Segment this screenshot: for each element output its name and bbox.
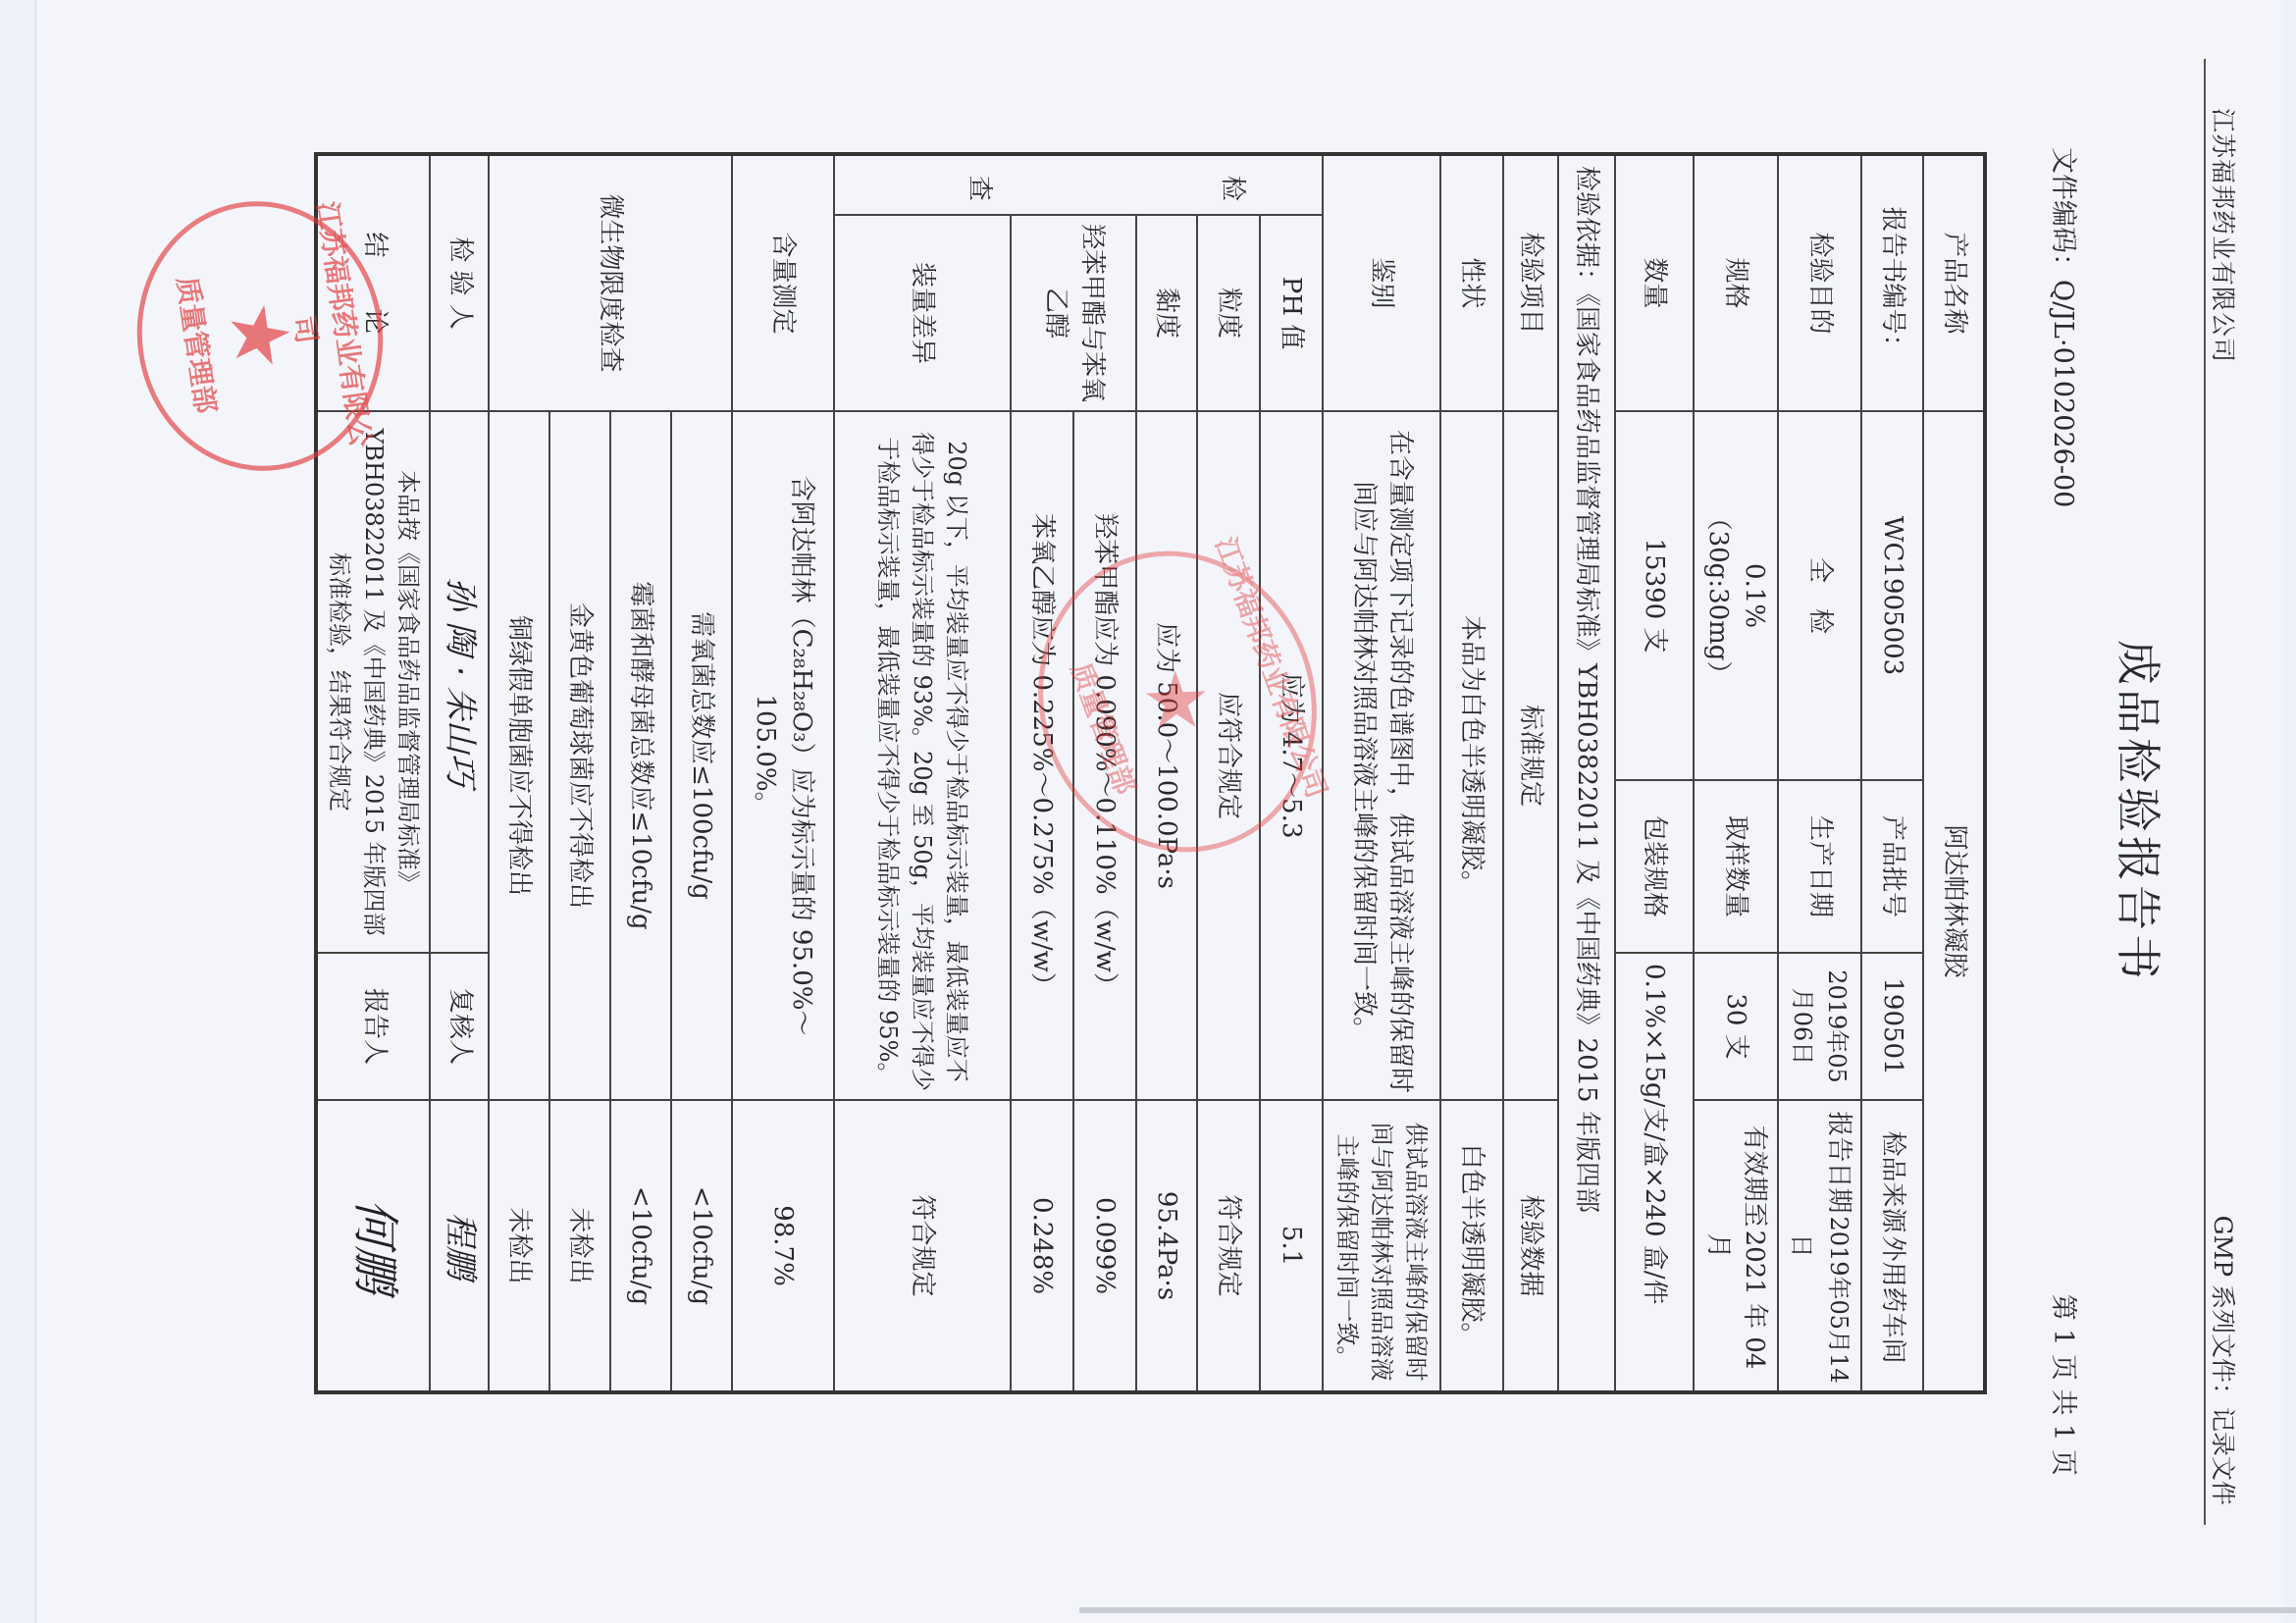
header-standard: 标准规定 (1503, 411, 1558, 1100)
row-fill: 装量差异 20g 以下，平均装量应不得少于检品标示装量，最低装量应不得少于检品标… (834, 154, 1011, 1392)
row-particle: 粒度 应符合规定 符合规定 (1197, 154, 1260, 1392)
report-date-cell: 报告日期2019年05月14日 (1778, 1100, 1861, 1392)
row-signatures: 检 验 人 孙 陶 · 朱山巧 复核人 程鹏 (430, 154, 488, 1392)
standard-methylparaben: 羟苯甲酯应为 0.090%～0.110%（w/w） (1073, 411, 1136, 1100)
item-identification: 鉴别 (1323, 154, 1440, 411)
spec-label: 规格 (1694, 154, 1778, 411)
package-value: 0.1%×15g/支/盒×240 盒/件 (1615, 953, 1694, 1392)
item-preservatives: 羟苯甲酯与苯氧乙醇 (1011, 215, 1136, 411)
row-viscosity: 黏度 应为 50.0～100.0Pa·s 95.4Pa·s (1136, 154, 1197, 1392)
standard-identification: 在含量测定项下记录的色谱图中，供试品溶液主峰的保留时间应与阿达帕林对照品溶液主峰… (1323, 411, 1440, 1100)
row-column-headers: 检验项目 标准规定 检验数据 (1503, 154, 1558, 1392)
source-value: 检品来源外用药车间 (1861, 1100, 1923, 1392)
standard-assay: 含阿达帕林（C₂₈H₂₈O₃）应为标示量的 95.0%～105.0%。 (732, 411, 834, 1100)
page-info: 第 1 页 共 1 页 (2047, 1294, 2085, 1476)
item-micro: 微生物限度检查 (489, 154, 732, 411)
product-name-value: 阿达帕林凝胶 (1923, 411, 1985, 1392)
expiry-value: 2021 年 04 月 (1703, 1230, 1770, 1370)
check-group-label: 检 查 (834, 154, 1323, 215)
item-particle: 粒度 (1197, 215, 1260, 411)
reviewer-label: 复核人 (430, 953, 488, 1100)
standard-particle: 应符合规定 (1197, 411, 1260, 1100)
quantity-label: 数量 (1615, 154, 1694, 411)
row-conclusion: 结 论 本品按《国家食品药品监督管理局标准》YBH03822011 及《中国药典… (316, 154, 430, 1392)
result-micro-4: 未检出 (489, 1100, 549, 1392)
inspection-report-table: 产品名称 阿达帕林凝胶 报告书编号： WC1905003 产品批号 190501… (314, 152, 1987, 1394)
batch-value: 190501 (1861, 953, 1923, 1100)
purpose-label: 检验目的 (1778, 154, 1861, 411)
prod-date-value: 2019年05月06日 (1778, 953, 1861, 1100)
standard-ph: 应为 4.7～5.3 (1260, 411, 1323, 1100)
star-icon: ★ (216, 295, 303, 376)
reporter-signature: 何鹏 (316, 1100, 430, 1392)
result-appearance: 白色半透明凝胶。 (1440, 1100, 1503, 1392)
source-label: 检品来源 (1874, 1128, 1911, 1236)
result-viscosity: 95.4Pa·s (1136, 1100, 1197, 1392)
result-ph: 5.1 (1260, 1100, 1323, 1392)
reporter-label: 报告人 (316, 953, 430, 1100)
row-spec: 规格 0.1% （30g:30mg） 取样数量 30 支 有效期至2021 年 … (1694, 154, 1778, 1392)
expiry-label: 有效期至 (1736, 1123, 1773, 1230)
standard-appearance: 本品为白色半透明凝胶。 (1440, 411, 1503, 1100)
standard-micro-4: 铜绿假单胞菌应不得检出 (489, 411, 549, 1100)
document-title: 成品检验报告书 (2109, 0, 2173, 1623)
sample-qty-label: 取样数量 (1694, 780, 1778, 953)
row-basis: 检验依据：《国家食品药品监督管理局标准》YBH03822011 及《中国药典》2… (1558, 154, 1615, 1392)
sample-qty-value: 30 支 (1694, 953, 1778, 1100)
row-methylparaben: 羟苯甲酯与苯氧乙醇 羟苯甲酯应为 0.090%～0.110%（w/w） 0.09… (1073, 154, 1136, 1392)
standard-micro-2: 霉菌和酵母菌总数应≤10cfu/g (610, 411, 671, 1100)
result-fill: 符合规定 (834, 1100, 1011, 1392)
row-ph: 检 查 PH 值 应为 4.7～5.3 5.1 (1260, 154, 1323, 1392)
result-micro-2: <10cfu/g (610, 1100, 671, 1392)
row-appearance: 性状 本品为白色半透明凝胶。 白色半透明凝胶。 (1440, 154, 1503, 1392)
report-date-value: 2019年05月14日 (1788, 1216, 1852, 1383)
report-date-label: 报告日期 (1819, 1108, 1856, 1216)
spec-value: 0.1% （30g:30mg） (1694, 411, 1778, 780)
quantity-value: 15390 支 (1615, 411, 1694, 780)
conclusion-text: 本品按《国家食品药品监督管理局标准》YBH03822011 及《中国药典》201… (316, 411, 430, 953)
standard-fill: 20g 以下，平均装量应不得少于检品标示装量，最低装量应不得少于检品标示装量的 … (834, 411, 1011, 1100)
row-product-name: 产品名称 阿达帕林凝胶 (1923, 154, 1985, 1392)
item-viscosity: 黏度 (1136, 215, 1197, 411)
file-code: 文件编码：Q/JL·0102026-00 (2047, 147, 2085, 507)
standard-phenoxyethanol: 苯氧乙醇应为 0.225%～0.275%（w/w） (1011, 411, 1073, 1100)
source: 外用药车间 (1878, 1236, 1907, 1364)
item-assay: 含量测定 (732, 154, 834, 411)
inspection-basis: 检验依据：《国家食品药品监督管理局标准》YBH03822011 及《中国药典》2… (1558, 154, 1615, 1392)
report-no-label: 报告书编号： (1861, 154, 1923, 411)
gmp-label: GMP 系列文件：记录文件 (2207, 1216, 2242, 1505)
header-item: 检验项目 (1503, 154, 1558, 411)
company-name: 江苏福邦药业有限公司 (2207, 108, 2242, 363)
report-page: 江苏福邦药业有限公司 GMP 系列文件：记录文件 成品检验报告书 文件编码：Q/… (0, 0, 2296, 1623)
item-fill: 装量差异 (834, 215, 1011, 411)
expiry-cell: 有效期至2021 年 04 月 (1694, 1100, 1778, 1392)
item-appearance: 性状 (1440, 154, 1503, 411)
header-result: 检验数据 (1503, 1100, 1558, 1392)
header-rule (2204, 59, 2206, 1525)
result-particle: 符合规定 (1197, 1100, 1260, 1392)
item-ph: PH 值 (1260, 215, 1323, 411)
row-identification: 鉴别 在含量测定项下记录的色谱图中，供试品溶液主峰的保留时间应与阿达帕林对照品溶… (1323, 154, 1440, 1392)
result-identification: 供试品溶液主峰的保留时间与阿达帕林对照品溶液主峰的保留时间一致。 (1323, 1100, 1440, 1392)
inspector-signature: 孙 陶 · 朱山巧 (430, 411, 488, 953)
row-micro-1: 微生物限度检查 需氧菌总数应≤100cfu/g <10cfu/g (671, 154, 732, 1392)
inspector-label: 检 验 人 (430, 154, 488, 411)
standard-micro-1: 需氧菌总数应≤100cfu/g (671, 411, 732, 1100)
conclusion-label: 结 论 (316, 154, 430, 411)
row-assay: 含量测定 含阿达帕林（C₂₈H₂₈O₃）应为标示量的 95.0%～105.0%。… (732, 154, 834, 1392)
seal-bottom-text: 质量管理部 (160, 213, 235, 476)
result-assay: 98.7% (732, 1100, 834, 1392)
check-group-text: 检 查 (910, 171, 1247, 200)
standard-viscosity: 应为 50.0～100.0Pa·s (1136, 411, 1197, 1100)
purpose-value: 全 检 (1778, 411, 1861, 780)
row-report-no: 报告书编号： WC1905003 产品批号 190501 检品来源外用药车间 (1861, 154, 1923, 1392)
package-label: 包装规格 (1615, 780, 1694, 953)
result-phenoxyethanol: 0.248% (1011, 1100, 1073, 1392)
product-name-label: 产品名称 (1923, 154, 1985, 411)
result-micro-3: 未检出 (549, 1100, 610, 1392)
row-purpose: 检验目的 全 检 生产日期 2019年05月06日 报告日期2019年05月14… (1778, 154, 1861, 1392)
result-methylparaben: 0.099% (1073, 1100, 1136, 1392)
standard-micro-3: 金黄色葡萄球菌应不得检出 (549, 411, 610, 1100)
report-no-value: WC1905003 (1861, 411, 1923, 780)
row-quantity: 数量 15390 支 包装规格 0.1%×15g/支/盒×240 盒/件 (1615, 154, 1694, 1392)
result-micro-1: <10cfu/g (671, 1100, 732, 1392)
batch-label: 产品批号 (1861, 780, 1923, 953)
prod-date-label: 生产日期 (1778, 780, 1861, 953)
reviewer-signature: 程鹏 (430, 1100, 488, 1392)
